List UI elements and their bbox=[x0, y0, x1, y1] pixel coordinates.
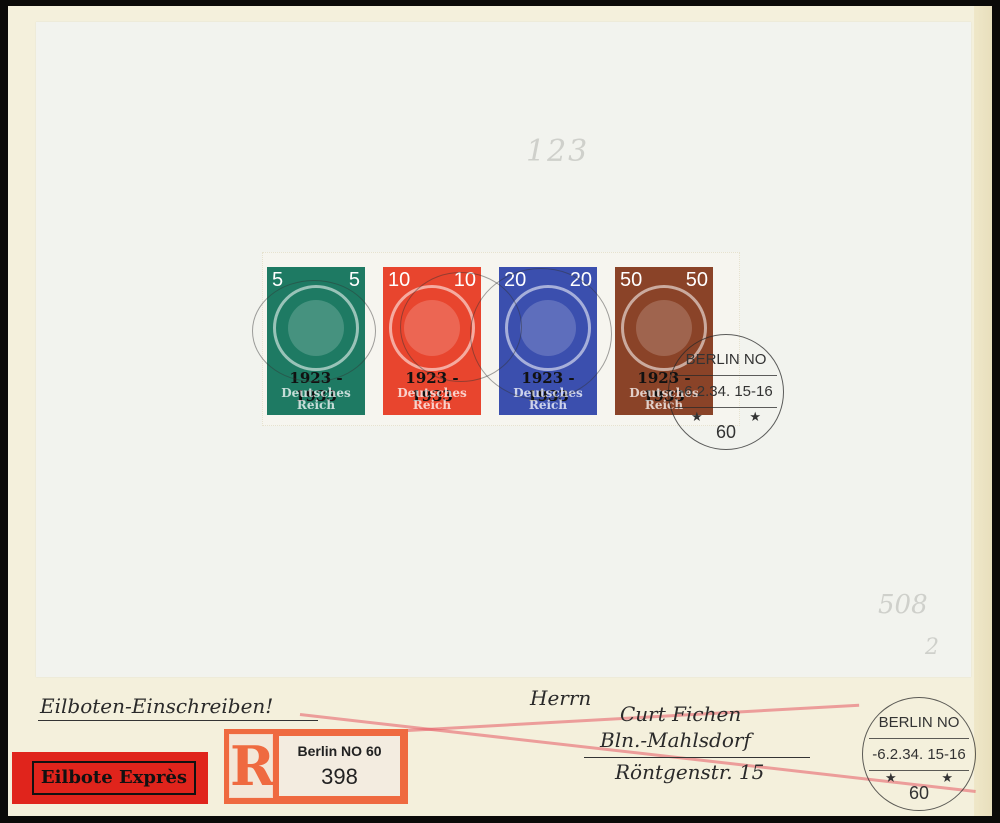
registration-label: R Berlin NO 60 398 bbox=[224, 729, 408, 804]
pencil-note-top: 123 bbox=[526, 134, 589, 169]
stamp-value-left: 10 bbox=[388, 269, 410, 292]
cancellation-ring bbox=[252, 280, 376, 382]
postmark-main: BERLIN NO -6.2.34. 15-16 ★ ★ 60 bbox=[862, 697, 976, 811]
registration-number: 398 bbox=[279, 764, 400, 790]
registration-box: Berlin NO 60 398 bbox=[279, 736, 400, 796]
registration-r-icon: R bbox=[229, 734, 273, 798]
cancellation-ring bbox=[470, 268, 612, 400]
stamp-country: DeutschesReich bbox=[267, 387, 365, 411]
address-street: Röntgenstr. 15 bbox=[615, 760, 764, 784]
express-label: Eilbote Exprès bbox=[12, 752, 208, 804]
pencil-note-bottom-right-sub: 2 bbox=[925, 635, 939, 660]
registration-office: Berlin NO 60 bbox=[279, 743, 400, 759]
handwritten-service-note: Eilboten-Einschreiben! bbox=[40, 694, 273, 718]
postmark-on-stamps: BERLIN NO -6.2.34. 15-16 ★ ★ 60 bbox=[668, 334, 784, 450]
pencil-note-bottom-right: 508 bbox=[878, 590, 928, 620]
address-city: Bln.-Mahlsdorf bbox=[600, 728, 751, 752]
stamp-value-right: 50 bbox=[686, 269, 708, 292]
stamp-value-left: 50 bbox=[620, 269, 642, 292]
address-recipient: Curt Fichen bbox=[620, 702, 741, 726]
underline bbox=[584, 757, 810, 758]
express-label-text: Eilbote Exprès bbox=[32, 761, 196, 795]
address-salutation: Herrn bbox=[530, 686, 591, 710]
underline bbox=[38, 720, 318, 721]
stamp-country: DeutschesReich bbox=[383, 387, 481, 411]
stamp-value-right: 5 bbox=[349, 269, 360, 292]
